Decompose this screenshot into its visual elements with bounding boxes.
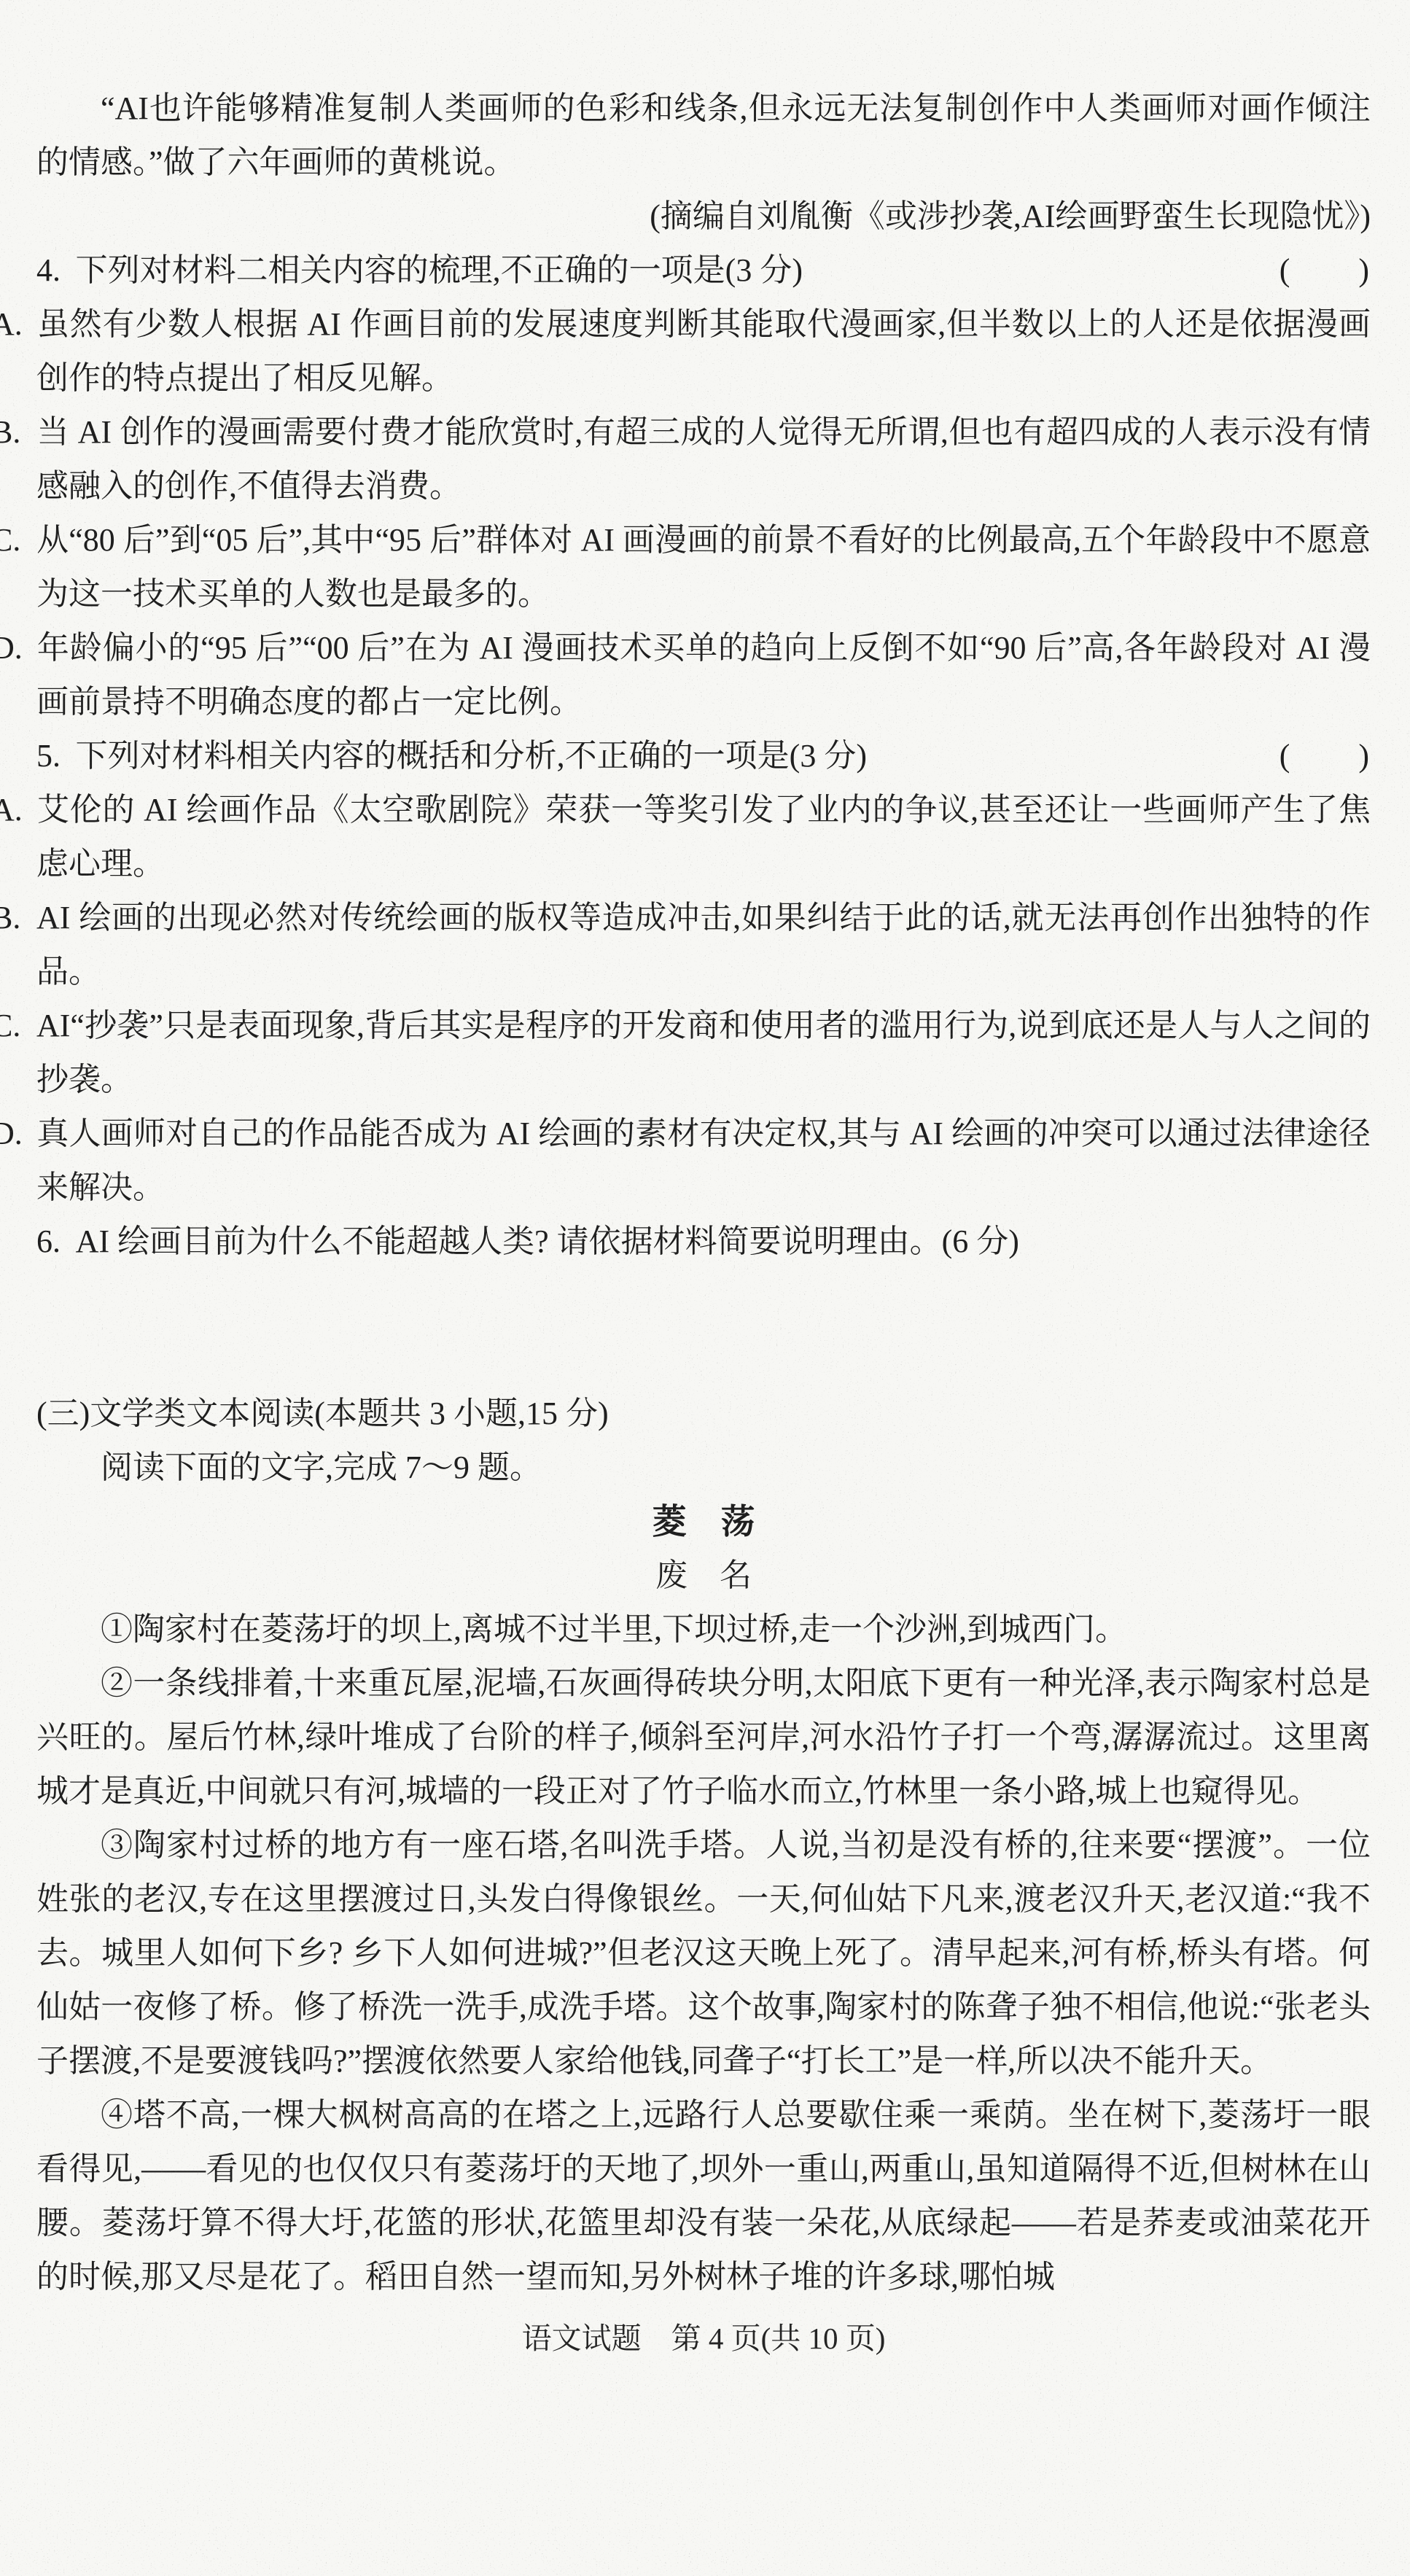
option-text: AI“抄袭”只是表面现象,背后其实是程序的开发商和使用者的滥用行为,说到底还是人… [36, 1008, 1371, 1097]
section-3-literary-reading: (三)文学类文本阅读(本题共 3 小题,15 分) 阅读下面的文字,完成 7～9… [36, 1387, 1371, 2304]
question-4-stem: ( )4.下列对材料二相关内容的梳理,不正确的一项是(3 分) [36, 244, 1371, 297]
option-label: D. [0, 1107, 36, 1161]
option-text: 当 AI 创作的漫画需要付费才能欣赏时,有超三成的人觉得无所谓,但也有超四成的人… [36, 414, 1371, 504]
question-4-option-b: B.当 AI 创作的漫画需要付费才能欣赏时,有超三成的人觉得无所谓,但也有超四成… [36, 405, 1371, 513]
question-5-option-c: C.AI“抄袭”只是表面现象,背后其实是程序的开发商和使用者的滥用行为,说到底还… [36, 999, 1371, 1107]
option-label: C. [0, 513, 36, 567]
option-label: B. [0, 405, 36, 459]
passage-paragraph-4: ④塔不高,一棵大枫树高高的在塔之上,远路行人总要歇住乘一乘荫。坐在树下,菱荡圩一… [36, 2088, 1371, 2304]
question-stem-text: 下列对材料相关内容的概括和分析,不正确的一项是(3 分) [76, 738, 867, 774]
question-5: ( )5.下列对材料相关内容的概括和分析,不正确的一项是(3 分) A.艾伦的 … [36, 729, 1371, 1215]
option-text: AI 绘画的出现必然对传统绘画的版权等造成冲击,如果纠结于此的话,就无法再创作出… [36, 900, 1371, 989]
question-4-option-d: D.年龄偏小的“95 后”“00 后”在为 AI 漫画技术买单的趋向上反倒不如“… [36, 621, 1371, 729]
question-5-option-a: A.艾伦的 AI 绘画作品《太空歌剧院》荣获一等奖引发了业内的争议,甚至还让一些… [36, 783, 1371, 891]
question-number: 6. [36, 1215, 76, 1269]
option-label: D. [0, 621, 36, 675]
passage-paragraph-3: ③陶家村过桥的地方有一座石塔,名叫洗手塔。人说,当初是没有桥的,往来要“摆渡”。… [36, 1818, 1371, 2088]
material-quote-paragraph: “AI也许能够精准复制人类画师的色彩和线条,但永远无法复制创作中人类画师对画作倾… [36, 82, 1371, 190]
page-content: “AI也许能够精准复制人类画师的色彩和线条,但永远无法复制创作中人类画师对画作倾… [0, 0, 1410, 2576]
question-number: 4. [36, 244, 76, 297]
passage-paragraph-2: ②一条线排着,十来重瓦屋,泥墙,石灰画得砖块分明,太阳底下更有一种光泽,表示陶家… [36, 1657, 1371, 1818]
source-attribution: (摘编自刘胤衡《或涉抄袭,AI绘画野蛮生长现隐忧》) [36, 190, 1371, 244]
question-stem-text: 下列对材料二相关内容的梳理,不正确的一项是(3 分) [76, 252, 803, 288]
passage-paragraph-1: ①陶家村在菱荡圩的坝上,离城不过半里,下坝过桥,走一个沙洲,到城西门。 [36, 1603, 1371, 1657]
page-number-footer: 语文试题 第 4 页(共 10 页) [36, 2311, 1371, 2365]
answer-bracket: ( ) [1279, 729, 1371, 783]
option-text: 真人画师对自己的作品能否成为 AI 绘画的素材有决定权,其与 AI 绘画的冲突可… [36, 1116, 1371, 1205]
reading-passage-title: 菱 荡 [36, 1495, 1371, 1549]
question-6: 6.AI 绘画目前为什么不能超越人类? 请依据材料简要说明理由。(6 分) [36, 1215, 1371, 1269]
option-label: A. [0, 783, 36, 837]
exam-paper-page: “AI也许能够精准复制人类画师的色彩和线条,但永远无法复制创作中人类画师对画作倾… [0, 0, 1410, 2576]
option-text: 虽然有少数人根据 AI 作画目前的发展速度判断其能取代漫画家,但半数以上的人还是… [36, 306, 1371, 396]
question-number: 5. [36, 729, 76, 783]
section-heading: (三)文学类文本阅读(本题共 3 小题,15 分) [36, 1387, 1371, 1441]
option-label: C. [0, 999, 36, 1053]
option-text: 艾伦的 AI 绘画作品《太空歌剧院》荣获一等奖引发了业内的争议,甚至还让一些画师… [36, 792, 1371, 882]
answer-bracket: ( ) [1279, 244, 1371, 297]
question-5-option-d: D.真人画师对自己的作品能否成为 AI 绘画的素材有决定权,其与 AI 绘画的冲… [36, 1107, 1371, 1215]
reading-passage-author: 废 名 [36, 1549, 1371, 1603]
question-4: ( )4.下列对材料二相关内容的梳理,不正确的一项是(3 分) A.虽然有少数人… [36, 244, 1371, 729]
question-stem-text: AI 绘画目前为什么不能超越人类? 请依据材料简要说明理由。(6 分) [76, 1223, 1019, 1259]
question-4-option-a: A.虽然有少数人根据 AI 作画目前的发展速度判断其能取代漫画家,但半数以上的人… [36, 297, 1371, 405]
question-4-option-c: C.从“80 后”到“05 后”,其中“95 后”群体对 AI 画漫画的前景不看… [36, 513, 1371, 621]
option-text: 从“80 后”到“05 后”,其中“95 后”群体对 AI 画漫画的前景不看好的… [36, 522, 1371, 612]
option-label: A. [0, 297, 36, 351]
option-text: 年龄偏小的“95 后”“00 后”在为 AI 漫画技术买单的趋向上反倒不如“90… [36, 630, 1371, 720]
question-5-stem: ( )5.下列对材料相关内容的概括和分析,不正确的一项是(3 分) [36, 729, 1371, 783]
reading-instruction: 阅读下面的文字,完成 7～9 题。 [36, 1441, 1371, 1495]
option-label: B. [0, 891, 36, 945]
question-6-stem: 6.AI 绘画目前为什么不能超越人类? 请依据材料简要说明理由。(6 分) [36, 1215, 1371, 1269]
question-5-option-b: B.AI 绘画的出现必然对传统绘画的版权等造成冲击,如果纠结于此的话,就无法再创… [36, 891, 1371, 999]
